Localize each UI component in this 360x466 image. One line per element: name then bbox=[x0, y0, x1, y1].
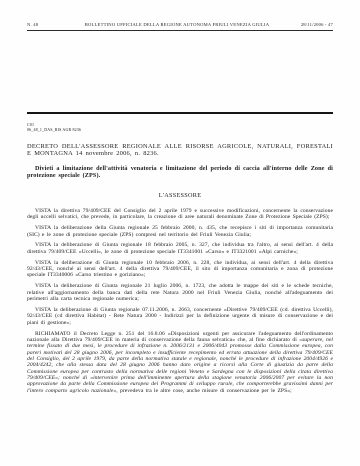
paragraph-text: RICHIAMATO il Decreto Legge n. 251 del 1… bbox=[27, 331, 333, 343]
paragraph-text: VISTA la deliberazione di Giunta regiona… bbox=[27, 283, 333, 302]
paragraph-text: , prevedeva tra le altre cose, anche mis… bbox=[116, 388, 291, 394]
paragraph-text: VISTA la deliberazione di Giunta regiona… bbox=[27, 242, 333, 254]
issue-number: N. 48 bbox=[27, 22, 73, 27]
quoted-italic-text: «superare, nel termine fissato di due me… bbox=[27, 337, 333, 394]
bulletin-title: BOLLETTINO UFFICIALE DELLA REGIONE AUTON… bbox=[73, 22, 281, 27]
body-paragraph: VISTA la direttiva 79/409/CEE del Consig… bbox=[27, 208, 333, 221]
paragraph-text: VISTA la direttiva 79/409/CEE del Consig… bbox=[27, 208, 333, 220]
header-rule bbox=[27, 30, 333, 31]
body-paragraph: VISTA la deliberazione di Giunta regiona… bbox=[27, 307, 333, 326]
paragraph-text: VISTA la deliberazione di Giunta regiona… bbox=[27, 260, 333, 279]
page-header: N. 48 BOLLETTINO UFFICIALE DELLA REGIONE… bbox=[27, 22, 333, 27]
decree-title: DECRETO DELL'ASSESSORE REGIONALE ALLE RI… bbox=[27, 143, 333, 158]
decree-subtitle: Divieti a limitazione dell'attività vena… bbox=[27, 165, 333, 179]
decree-body: VISTA la direttiva 79/409/CEE del Consig… bbox=[27, 208, 333, 394]
body-paragraph: RICHIAMATO il Decreto Legge n. 251 del 1… bbox=[27, 331, 333, 394]
paragraph-text: VISTA la deliberazione di Giunta regiona… bbox=[27, 307, 333, 326]
document-code: C01 06_48_1_DAS_RIS AGR 8236 bbox=[27, 122, 333, 132]
paragraph-text: VISTA la deliberazione della Giunta regi… bbox=[27, 225, 333, 237]
body-paragraph: VISTA la deliberazione della Giunta regi… bbox=[27, 225, 333, 238]
body-paragraph: VISTA la deliberazione di Giunta regiona… bbox=[27, 242, 333, 255]
header-date-page: 28/11/2006 - 47 bbox=[281, 22, 333, 27]
body-paragraph: VISTA la deliberazione di Giunta regiona… bbox=[27, 260, 333, 279]
body-paragraph: VISTA la deliberazione di Giunta regiona… bbox=[27, 283, 333, 302]
bulletin-page: N. 48 BOLLETTINO UFFICIALE DELLA REGIONE… bbox=[0, 0, 360, 466]
section-divider-rule bbox=[27, 112, 333, 114]
section-heading: L'ASSESSORE bbox=[27, 192, 333, 199]
document-code-line2: 06_48_1_DAS_RIS AGR 8236 bbox=[27, 127, 333, 132]
